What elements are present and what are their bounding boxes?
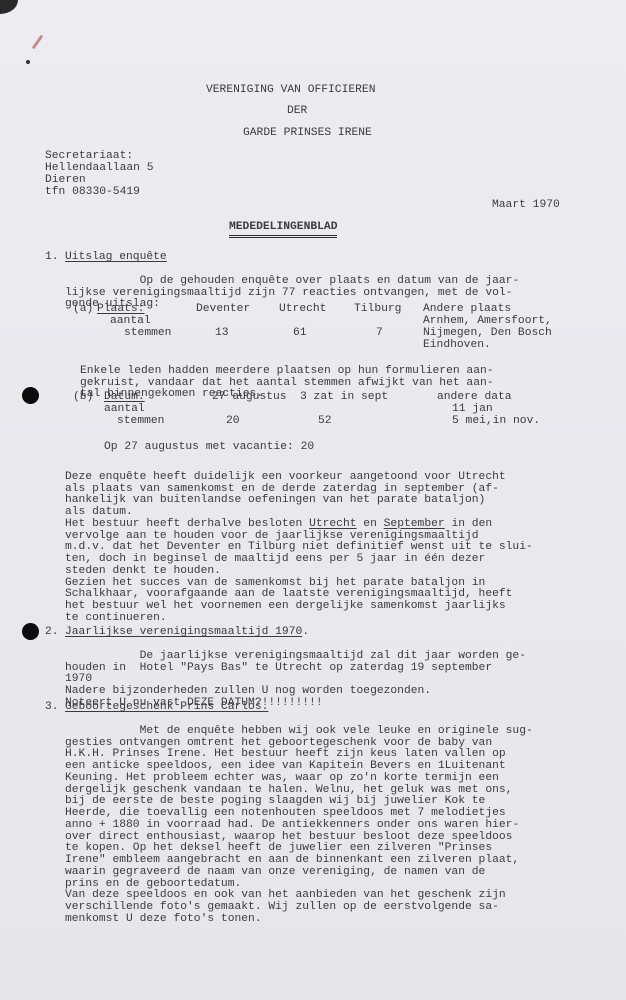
vacation-footnote: Op 27 augustus met vacantie: 20 xyxy=(104,442,314,454)
section-1-conclusion: Deze enquête heeft duidelijk een voorkeu… xyxy=(65,460,533,625)
section-2-body: De jaarlijkse verenigingsmaaltijd zal di… xyxy=(65,639,526,710)
org-name-line-1: VERENIGING VAN OFFICIEREN xyxy=(206,84,375,96)
decision-line: Gezien het succes van de samenkomst bij … xyxy=(65,577,485,589)
section-3-line: Irene" embleem aangebracht en aan de bin… xyxy=(65,854,519,866)
section-2-heading-wrap: Jaarlijkse verenigingsmaaltijd 1970. xyxy=(65,627,309,639)
decision-line: Het bestuur heeft derhalve besloten Utre… xyxy=(65,518,492,530)
decision-line: te continueren. xyxy=(65,612,167,624)
decision-month: September xyxy=(384,518,445,530)
section-3-line: bij de eerste de beste poging slaagden w… xyxy=(65,795,485,807)
heading-suffix: . xyxy=(302,626,309,638)
section-3-line: een anticke speeldoos, een idee van Kapi… xyxy=(65,760,506,772)
section-3-line: prins en de geboortedatum. xyxy=(65,878,241,890)
votes-deventer: 13 xyxy=(215,328,229,340)
table-a-label: (a) xyxy=(73,304,93,316)
section-3-line: dergelijk geschenk vandaan te halen. Wel… xyxy=(65,784,512,796)
section-2-line: Nadere bijzonderheden zullen U nog worde… xyxy=(65,685,431,697)
decision-line: ten, doch in beginsel de maaltijd eens p… xyxy=(65,553,485,565)
section-3-line: menkomst U deze foto's tonen. xyxy=(65,913,262,925)
section-3-line: Met de enquête hebben wij ook vele leuke… xyxy=(65,725,533,737)
section-2-number: 2. xyxy=(45,627,59,639)
section-2-line: houden in Hotel "Pays Bas" te Utrecht op… xyxy=(65,662,492,674)
section-3-line: Keuning. Het probleem echter was, waar o… xyxy=(65,772,499,784)
conclusion-line: hankelijk van buitenlandse oefeningen va… xyxy=(65,494,485,506)
section-3-number: 3. xyxy=(45,702,59,714)
other-dates-line: 11 jan xyxy=(452,404,493,416)
section-1-number: 1. xyxy=(45,252,59,264)
decision-line: vervolge aan te houden voor de jaarlijks… xyxy=(65,530,479,542)
section-2-heading: Jaarlijkse verenigingsmaaltijd 1970 xyxy=(65,626,302,638)
intro-line: Op de gehouden enquête over plaats en da… xyxy=(65,275,519,287)
col-deventer: Deventer xyxy=(196,304,250,316)
org-name-line-3: GARDE PRINSES IRENE xyxy=(243,127,372,139)
section-3-body: Met de enquête hebben wij ook vele leuke… xyxy=(65,714,533,926)
table-b-heading: Datum. xyxy=(104,392,145,404)
votes-27-augustus: 20 xyxy=(226,416,240,428)
document-title: MEDEDELINGENBLAD xyxy=(229,222,337,238)
other-places-line: Eindhoven. xyxy=(423,340,491,352)
conclusion-line: Deze enquête heeft duidelijk een voorkeu… xyxy=(65,471,506,483)
section-2-line: 1970 xyxy=(65,673,92,685)
votes-utrecht: 61 xyxy=(293,328,307,340)
section-3-line: waarin gegraveerd de naam van onze veren… xyxy=(65,866,485,878)
org-name-line-2: DER xyxy=(287,105,307,117)
other-places-line: Nijmegen, Den Bosch xyxy=(423,328,552,340)
staple-hole xyxy=(26,60,30,64)
decision-place: Utrecht xyxy=(309,518,356,530)
secretariat-city: Dieren xyxy=(45,175,86,187)
table-a-row-label: stemmen xyxy=(124,328,171,340)
section-3-line: anno + 1880 in voorraad had. De antiekke… xyxy=(65,819,519,831)
table-a-row-label: aantal xyxy=(110,316,151,328)
table-b-row-label: aantal xyxy=(104,404,145,416)
table-b-label: (b) xyxy=(73,392,93,404)
col-3-zat-sept: 3 zat in sept xyxy=(300,392,388,404)
section-2-line: De jaarlijkse verenigingsmaaltijd zal di… xyxy=(65,650,526,662)
section-3-line: gesties ontvangen omtrent het geboortege… xyxy=(65,737,492,749)
section-3-line: te kopen. Op het deksel heeft de juwelie… xyxy=(65,842,492,854)
decision-text: Het bestuur heeft derhalve besloten xyxy=(65,518,309,530)
other-places-heading: Andere plaats xyxy=(423,304,511,316)
secretariat-phone: tfn 08330-5419 xyxy=(45,187,140,199)
other-places-line: Arnhem, Amersfoort, xyxy=(423,316,552,328)
table-b-row-label: stemmen xyxy=(117,416,164,428)
section-3-line: Heerde, die toevallig een notenhouten sp… xyxy=(65,807,506,819)
secretariat-street: Hellendaallaan 5 xyxy=(45,163,153,175)
punch-hole-lower xyxy=(22,623,39,640)
votes-3-zat-sept: 52 xyxy=(318,416,332,428)
section-3-line: over direct enthousiast, waarop het best… xyxy=(65,831,512,843)
note-line: Enkele leden hadden meerdere plaatsen op… xyxy=(80,365,494,377)
document-date: Maart 1970 xyxy=(492,200,560,212)
section-3-line: Van deze speeldoos en ook van het aanbie… xyxy=(65,889,506,901)
section-3-heading: Geboortegeschenk Prins Carlos. xyxy=(65,702,268,714)
conclusion-line: als plaats van samenkomst en de derde za… xyxy=(65,483,499,495)
other-dates-heading: andere data xyxy=(437,392,512,404)
intro-line: lijkse verenigingsmaaltijd zijn 77 react… xyxy=(65,287,512,299)
col-tilburg: Tilburg xyxy=(354,304,401,316)
other-dates-line: 5 mei,in nov. xyxy=(452,416,540,428)
votes-tilburg: 7 xyxy=(376,328,383,340)
decision-line: het bestuur wel het voornemen een dergel… xyxy=(65,600,506,612)
decision-text: in den xyxy=(445,518,492,530)
secretariat-label: Secretariaat: xyxy=(45,151,133,163)
decision-line: Schalkhaar, voorafgaande aan de laatste … xyxy=(65,588,512,600)
decision-text: en xyxy=(357,518,384,530)
col-utrecht: Utrecht xyxy=(279,304,326,316)
decision-line: m.d.v. dat het Deventer en Tilburg niet … xyxy=(65,541,533,553)
section-3-line: verschillende foto's gemaakt. Wij zullen… xyxy=(65,901,499,913)
conclusion-line: als datum. xyxy=(65,506,133,518)
punch-hole-upper xyxy=(22,387,39,404)
col-27-augustus: 27 augustus xyxy=(212,392,287,404)
table-a-heading: Plaats: xyxy=(97,304,144,316)
note-line: gekruist, vandaar dat het aantal stemmen… xyxy=(80,377,494,389)
section-1-heading: Uitslag enquête xyxy=(65,252,167,264)
section-3-line: H.K.H. Prinses Irene. Het bestuur heeft … xyxy=(65,748,506,760)
decision-line: steden denkt te houden. xyxy=(65,565,221,577)
